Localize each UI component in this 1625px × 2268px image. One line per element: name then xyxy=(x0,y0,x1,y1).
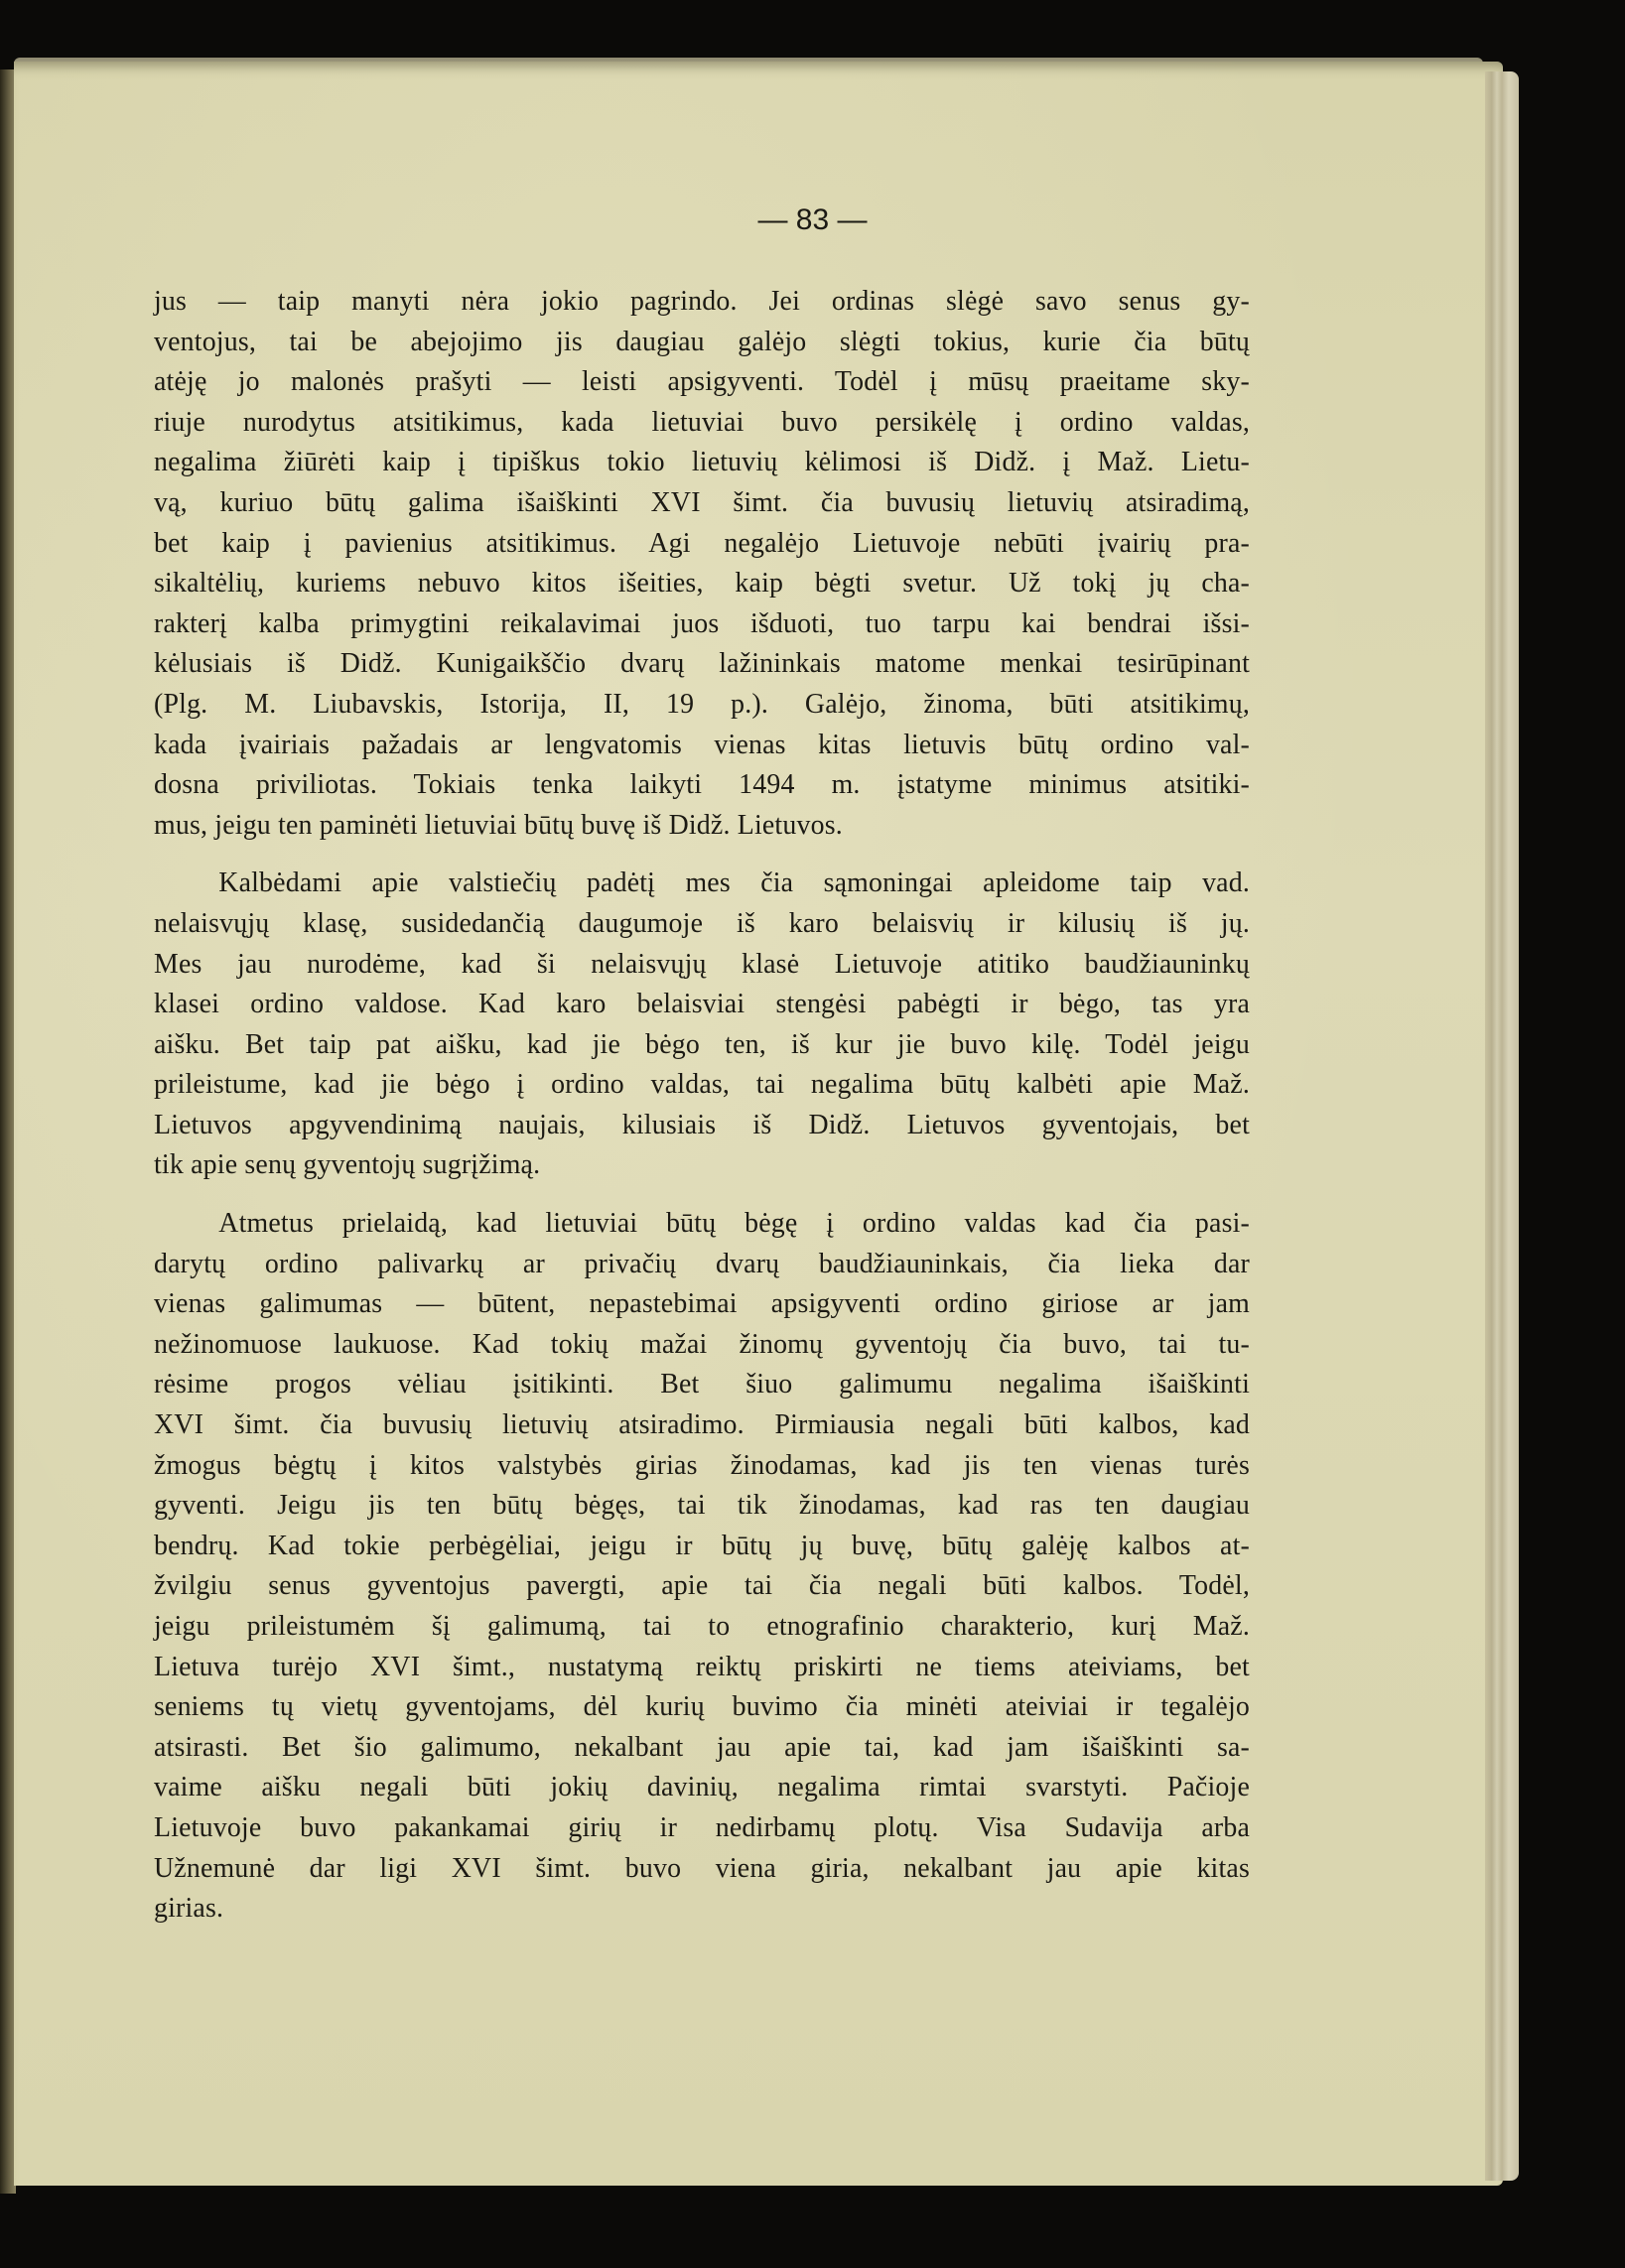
text-line: riuje nurodytus atsitikimus, kada lietuv… xyxy=(154,402,1250,443)
text-line: dosna priviliotas. Tokiais tenka laikyti… xyxy=(154,764,1250,805)
text-line: girias. xyxy=(154,1888,1250,1929)
text-line: kada įvairiais pažadais ar lengvatomis v… xyxy=(154,725,1250,765)
text-line: Kalbėdami apie valstiečių padėtį mes čia… xyxy=(154,863,1250,903)
text-line: prileistume, kad jie bėgo į ordino valda… xyxy=(154,1064,1250,1105)
text-line: darytų ordino palivarkų ar privačių dvar… xyxy=(154,1244,1250,1284)
text-line: negalima žiūrėti kaip į tipiškus tokio l… xyxy=(154,442,1250,482)
text-line: XVI šimt. čia buvusių lietuvių atsiradim… xyxy=(154,1404,1250,1445)
text-line: bendrų. Kad tokie perbėgėliai, jeigu ir … xyxy=(154,1526,1250,1566)
text-line: žmogus bėgtų į kitos valstybės girias ži… xyxy=(154,1445,1250,1486)
page-number: — 83 — xyxy=(0,203,1625,237)
text-line: aišku. Bet taip pat aišku, kad jie bėgo … xyxy=(154,1024,1250,1065)
text-line: vienas galimumas — būtent, nepastebimai … xyxy=(154,1283,1250,1324)
text-line: bet kaip į pavienius atsitikimus. Agi ne… xyxy=(154,523,1250,564)
text-line: vą, kuriuo būtų galima išaiškinti XVI ši… xyxy=(154,482,1250,523)
text-line: Mes jau nurodėme, kad ši nelaisvųjų klas… xyxy=(154,944,1250,985)
text-line: kėlusiais iš Didž. Kunigaikščio dvarų la… xyxy=(154,643,1250,684)
paragraph-gap xyxy=(154,1185,1250,1203)
text-line: gyventi. Jeigu jis ten būtų bėgęs, tai t… xyxy=(154,1485,1250,1526)
text-line: rėsime progos vėliau įsitikinti. Bet šiu… xyxy=(154,1364,1250,1404)
paragraph: Kalbėdami apie valstiečių padėtį mes čia… xyxy=(154,863,1250,1185)
text-line: Užnemunė dar ligi XVI šimt. buvo viena g… xyxy=(154,1848,1250,1889)
text-line: rakterį kalba primygtini reikalavimai ju… xyxy=(154,603,1250,644)
text-line: Lietuvoje buvo pakankamai girių ir nedir… xyxy=(154,1807,1250,1848)
paragraph: jus — taip manyti nėra jokio pagrindo. J… xyxy=(154,281,1250,845)
text-line: klasei ordino valdose. Kad karo belaisvi… xyxy=(154,984,1250,1024)
text-line: sikaltėlių, kuriems nebuvo kitos išeitie… xyxy=(154,563,1250,603)
text-line: nelaisvųjų klasę, susidedančią daugumoje… xyxy=(154,903,1250,944)
paragraph-gap xyxy=(154,845,1250,863)
text-line: Atmetus prielaidą, kad lietuviai būtų bė… xyxy=(154,1203,1250,1244)
text-line: ventojus, tai be abejojimo jis daugiau g… xyxy=(154,322,1250,362)
text-line: jus — taip manyti nėra jokio pagrindo. J… xyxy=(154,281,1250,322)
text-line: žvilgiu senus gyventojus pavergti, apie … xyxy=(154,1565,1250,1606)
text-line: tik apie senų gyventojų sugrįžimą. xyxy=(154,1144,1250,1185)
text-line: vaime aišku negali būti jokių davinių, n… xyxy=(154,1767,1250,1807)
text-line: (Plg. M. Liubavskis, Istorija, II, 19 p.… xyxy=(154,684,1250,725)
body-text: jus — taip manyti nėra jokio pagrindo. J… xyxy=(154,281,1250,1929)
text-line: Lietuvos apgyvendinimą naujais, kilusiai… xyxy=(154,1105,1250,1145)
text-line: jeigu prileistumėm šį galimumą, tai to e… xyxy=(154,1606,1250,1647)
text-line: mus, jeigu ten paminėti lietuviai būtų b… xyxy=(154,805,1250,846)
text-line: nežinomuose laukuose. Kad tokių mažai ži… xyxy=(154,1324,1250,1365)
text-line: atėję jo malonės prašyti — leisti apsigy… xyxy=(154,361,1250,402)
text-line: atsirasti. Bet šio galimumo, nekalbant j… xyxy=(154,1727,1250,1768)
text-line: Lietuva turėjo XVI šimt., nustatymą reik… xyxy=(154,1647,1250,1687)
text-line: seniems tų vietų gyventojams, dėl kurių … xyxy=(154,1686,1250,1727)
paragraph: Atmetus prielaidą, kad lietuviai būtų bė… xyxy=(154,1203,1250,1929)
page-stack-edge xyxy=(1485,71,1519,2181)
